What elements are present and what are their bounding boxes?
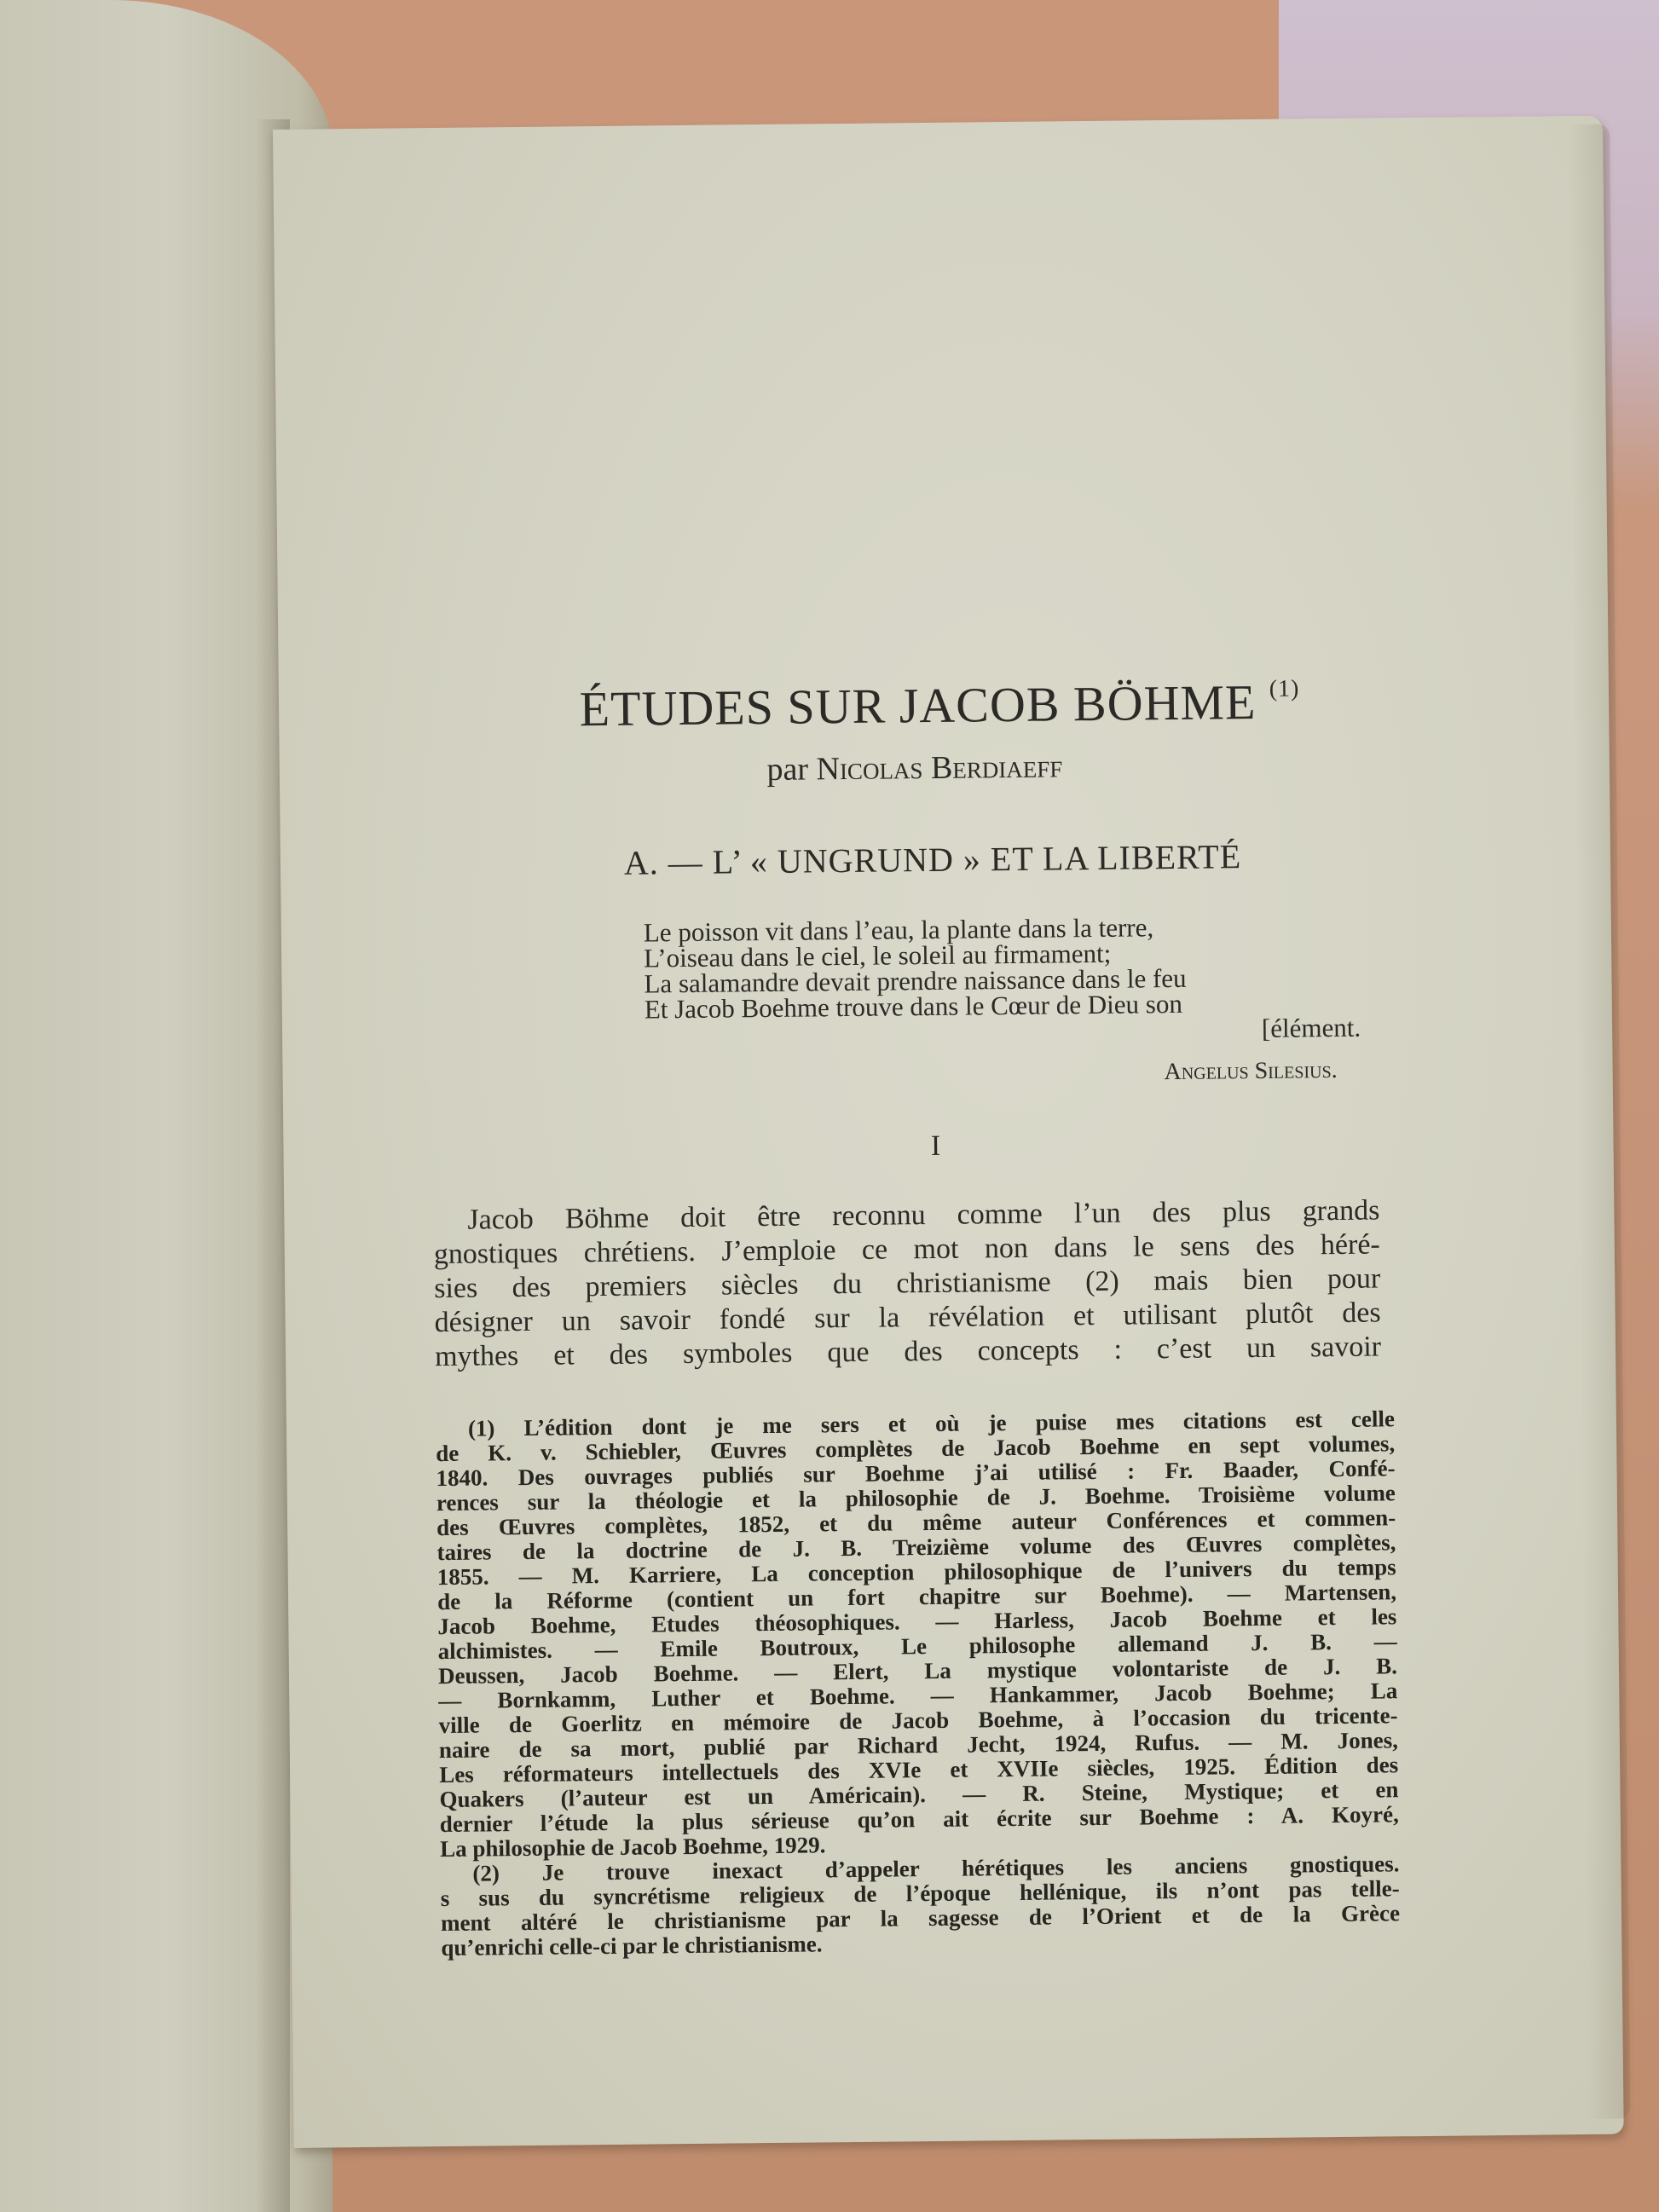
title-text: ÉTUDES SUR JACOB BÖHME — [579, 674, 1256, 736]
body-paragraph: Jacob Böhme doit être reconnu comme l’un… — [433, 1193, 1381, 1374]
byline: par Nicolas Berdiaeff — [429, 744, 1401, 792]
byline-prefix: par — [766, 751, 808, 788]
right-page: ÉTUDES SUR JACOB BÖHME (1) par Nicolas B… — [273, 116, 1624, 2148]
author-name: Nicolas Berdiaeff — [816, 748, 1062, 787]
article-title: ÉTUDES SUR JACOB BÖHME (1) — [428, 672, 1401, 739]
epigraph-attribution: Angelus Silesius. — [645, 1058, 1338, 1091]
page-content: ÉTUDES SUR JACOB BÖHME (1) par Nicolas B… — [428, 672, 1413, 1961]
epigraph: Le poisson vit dans l’eau, la plante dan… — [644, 913, 1361, 1091]
footnotes: (1) L’édition dont je me sers et où je p… — [436, 1406, 1401, 1961]
title-footnote-ref: (1) — [1269, 675, 1300, 702]
section-heading: A. — L’ « UNGRUND » ET LA LIBERTÉ — [430, 835, 1402, 885]
chapter-number: I — [432, 1125, 1404, 1168]
